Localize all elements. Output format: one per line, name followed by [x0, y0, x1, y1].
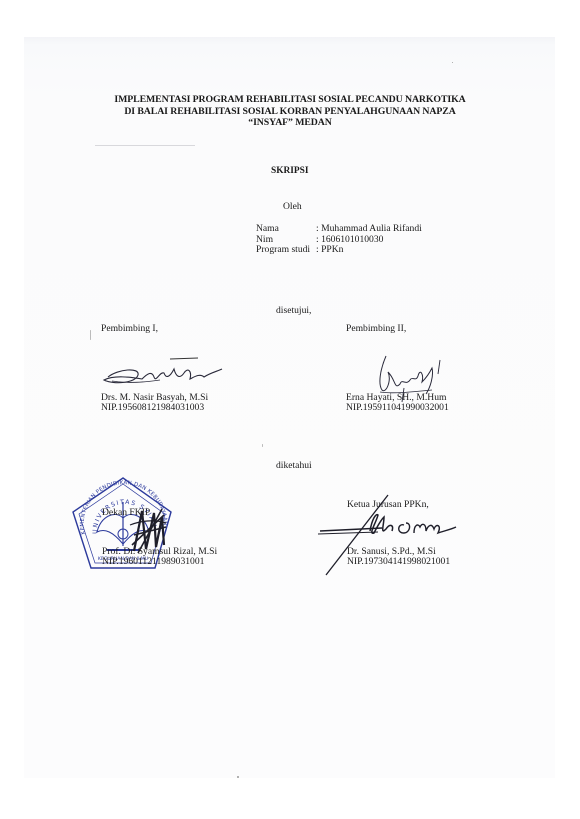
approved-label: disetujui, — [276, 305, 311, 316]
title-line-2: DI BALAI REHABILITASI SOSIAL KORBAN PENY… — [0, 106, 580, 118]
supervisor-2-nip: NIP.195911041990032001 — [346, 402, 449, 413]
title-line-3: “INSYAF” MEDAN — [0, 117, 580, 129]
dean-nip: NIP.196011211989031001 — [102, 556, 204, 567]
scan-speck — [452, 62, 453, 63]
program-value: : PPKn — [316, 245, 422, 256]
author-info: Nama : Muhammad Aulia Rifandi Nim : 1606… — [256, 224, 422, 256]
head-of-department-nip: NIP.197304141998021001 — [347, 556, 450, 567]
scan-speck — [237, 776, 239, 778]
document-title: IMPLEMENTASI PROGRAM REHABILITASI SOSIAL… — [0, 94, 580, 129]
acknowledged-label: diketahui — [276, 460, 312, 471]
supervisor-1-nip: NIP.195608121984031003 — [101, 402, 204, 413]
title-line-1: IMPLEMENTASI PROGRAM REHABILITASI SOSIAL… — [0, 94, 580, 106]
supervisor-2-role: Pembimbing II, — [346, 323, 406, 334]
program-label: Program studi — [256, 245, 316, 256]
name-label: Nama — [256, 224, 316, 235]
document-type: SKRIPSI — [271, 166, 309, 177]
by-label: Oleh — [283, 201, 302, 212]
supervisor-1-signature — [100, 355, 225, 390]
scan-speck — [262, 444, 263, 447]
divider — [95, 145, 195, 146]
supervisor-1-role: Pembimbing I, — [101, 323, 158, 334]
name-value: : Muhammad Aulia Rifandi — [316, 224, 422, 235]
scan-speck — [90, 330, 91, 340]
